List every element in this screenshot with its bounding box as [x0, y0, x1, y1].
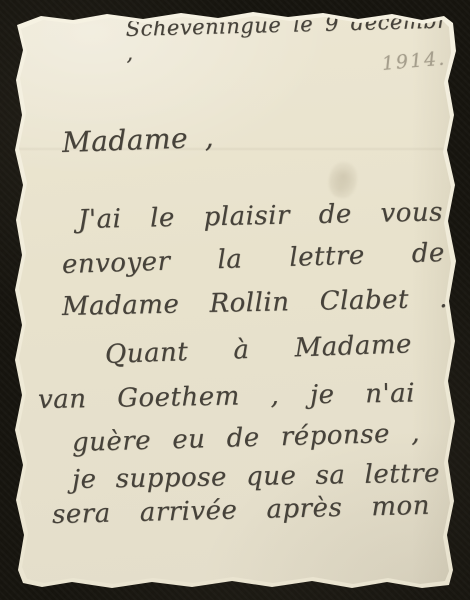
- letter-body: J'ai le plaisir de vous envoyer la lettr…: [11, 9, 456, 590]
- letter-line: J'ai le plaisir de vous: [78, 197, 444, 235]
- letter-line: guère eu de réponse ,: [72, 418, 421, 458]
- letter-line: envoyer la lettre de: [62, 238, 446, 280]
- paper-surface: Scheveningue le 9 décembre , 1914. Madam…: [11, 9, 456, 590]
- letter-paper: Scheveningue le 9 décembre , 1914. Madam…: [11, 9, 456, 590]
- letter-line: Quant à Madame: [104, 329, 412, 370]
- letter-line: je suppose que sa lettre: [72, 459, 440, 495]
- scan-background: Scheveningue le 9 décembre , 1914. Madam…: [0, 0, 470, 600]
- letter-line: sera arrivée après mon: [52, 491, 431, 530]
- letter-line: van Goethem , je n'ai: [38, 378, 415, 415]
- letter-line: Madame Rollin Clabet .: [62, 284, 449, 322]
